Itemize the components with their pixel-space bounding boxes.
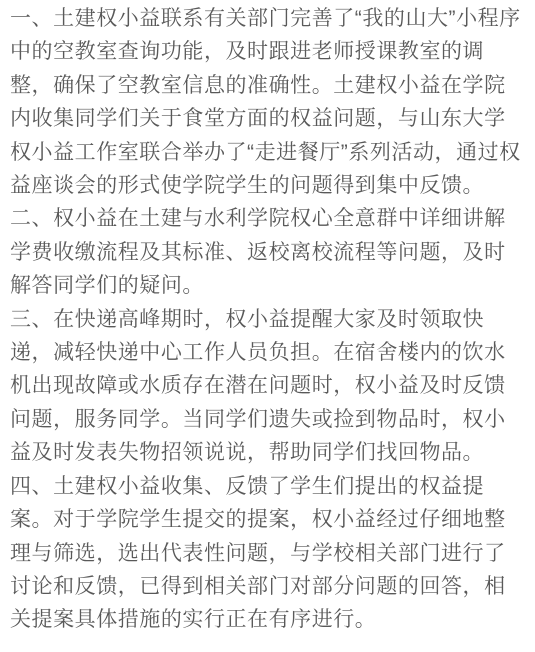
text-line: 权小益工作室联合举办了“走进餐厅”系列活动，通过权 xyxy=(10,136,527,169)
text-line: 益及时发表失物招领说说，帮助同学们找回物品。 xyxy=(10,436,527,469)
paragraph-1: 一、土建权小益联系有关部门完善了“我的山大”小程序中的空教室查询功能，及时跟进老… xyxy=(10,2,527,202)
text-line: 理与筛选，选出代表性问题，与学校相关部门进行了 xyxy=(10,537,527,570)
text-line: 学费收缴流程及其标准、返校离校流程等问题，及时 xyxy=(10,236,527,269)
text-line: 解答同学们的疑问。 xyxy=(10,269,527,302)
text-line: 机出现故障或水质存在潜在问题时，权小益及时反馈 xyxy=(10,369,527,402)
text-line: 整，确保了空教室信息的准确性。土建权小益在学院 xyxy=(10,69,527,102)
text-line: 三、在快递高峰期时，权小益提醒大家及时领取快 xyxy=(10,303,527,336)
text-line: 问题，服务同学。当同学们遗失或捡到物品时，权小 xyxy=(10,403,527,436)
text-line: 内收集同学们关于食堂方面的权益问题，与山东大学 xyxy=(10,102,527,135)
text-line: 二、权小益在土建与水利学院权心全意群中详细讲解 xyxy=(10,202,527,235)
text-line: 关提案具体措施的实行正在有序进行。 xyxy=(10,603,527,636)
text-line: 案。对于学院学生提交的提案，权小益经过仔细地整 xyxy=(10,503,527,536)
text-line: 中的空教室查询功能，及时跟进老师授课教室的调 xyxy=(10,35,527,68)
article-body: 一、土建权小益联系有关部门完善了“我的山大”小程序中的空教室查询功能，及时跟进老… xyxy=(0,0,535,637)
text-line: 益座谈会的形式使学院学生的问题得到集中反馈。 xyxy=(10,169,527,202)
paragraph-4: 四、土建权小益收集、反馈了学生们提出的权益提案。对于学院学生提交的提案，权小益经… xyxy=(10,470,527,637)
text-line: 四、土建权小益收集、反馈了学生们提出的权益提 xyxy=(10,470,527,503)
text-line: 递，减轻快递中心工作人员负担。在宿舍楼内的饮水 xyxy=(10,336,527,369)
paragraph-3: 三、在快递高峰期时，权小益提醒大家及时领取快递，减轻快递中心工作人员负担。在宿舍… xyxy=(10,303,527,470)
paragraph-2: 二、权小益在土建与水利学院权心全意群中详细讲解学费收缴流程及其标准、返校离校流程… xyxy=(10,202,527,302)
text-line: 讨论和反馈，已得到相关部门对部分问题的回答，相 xyxy=(10,570,527,603)
text-line: 一、土建权小益联系有关部门完善了“我的山大”小程序 xyxy=(10,2,527,35)
